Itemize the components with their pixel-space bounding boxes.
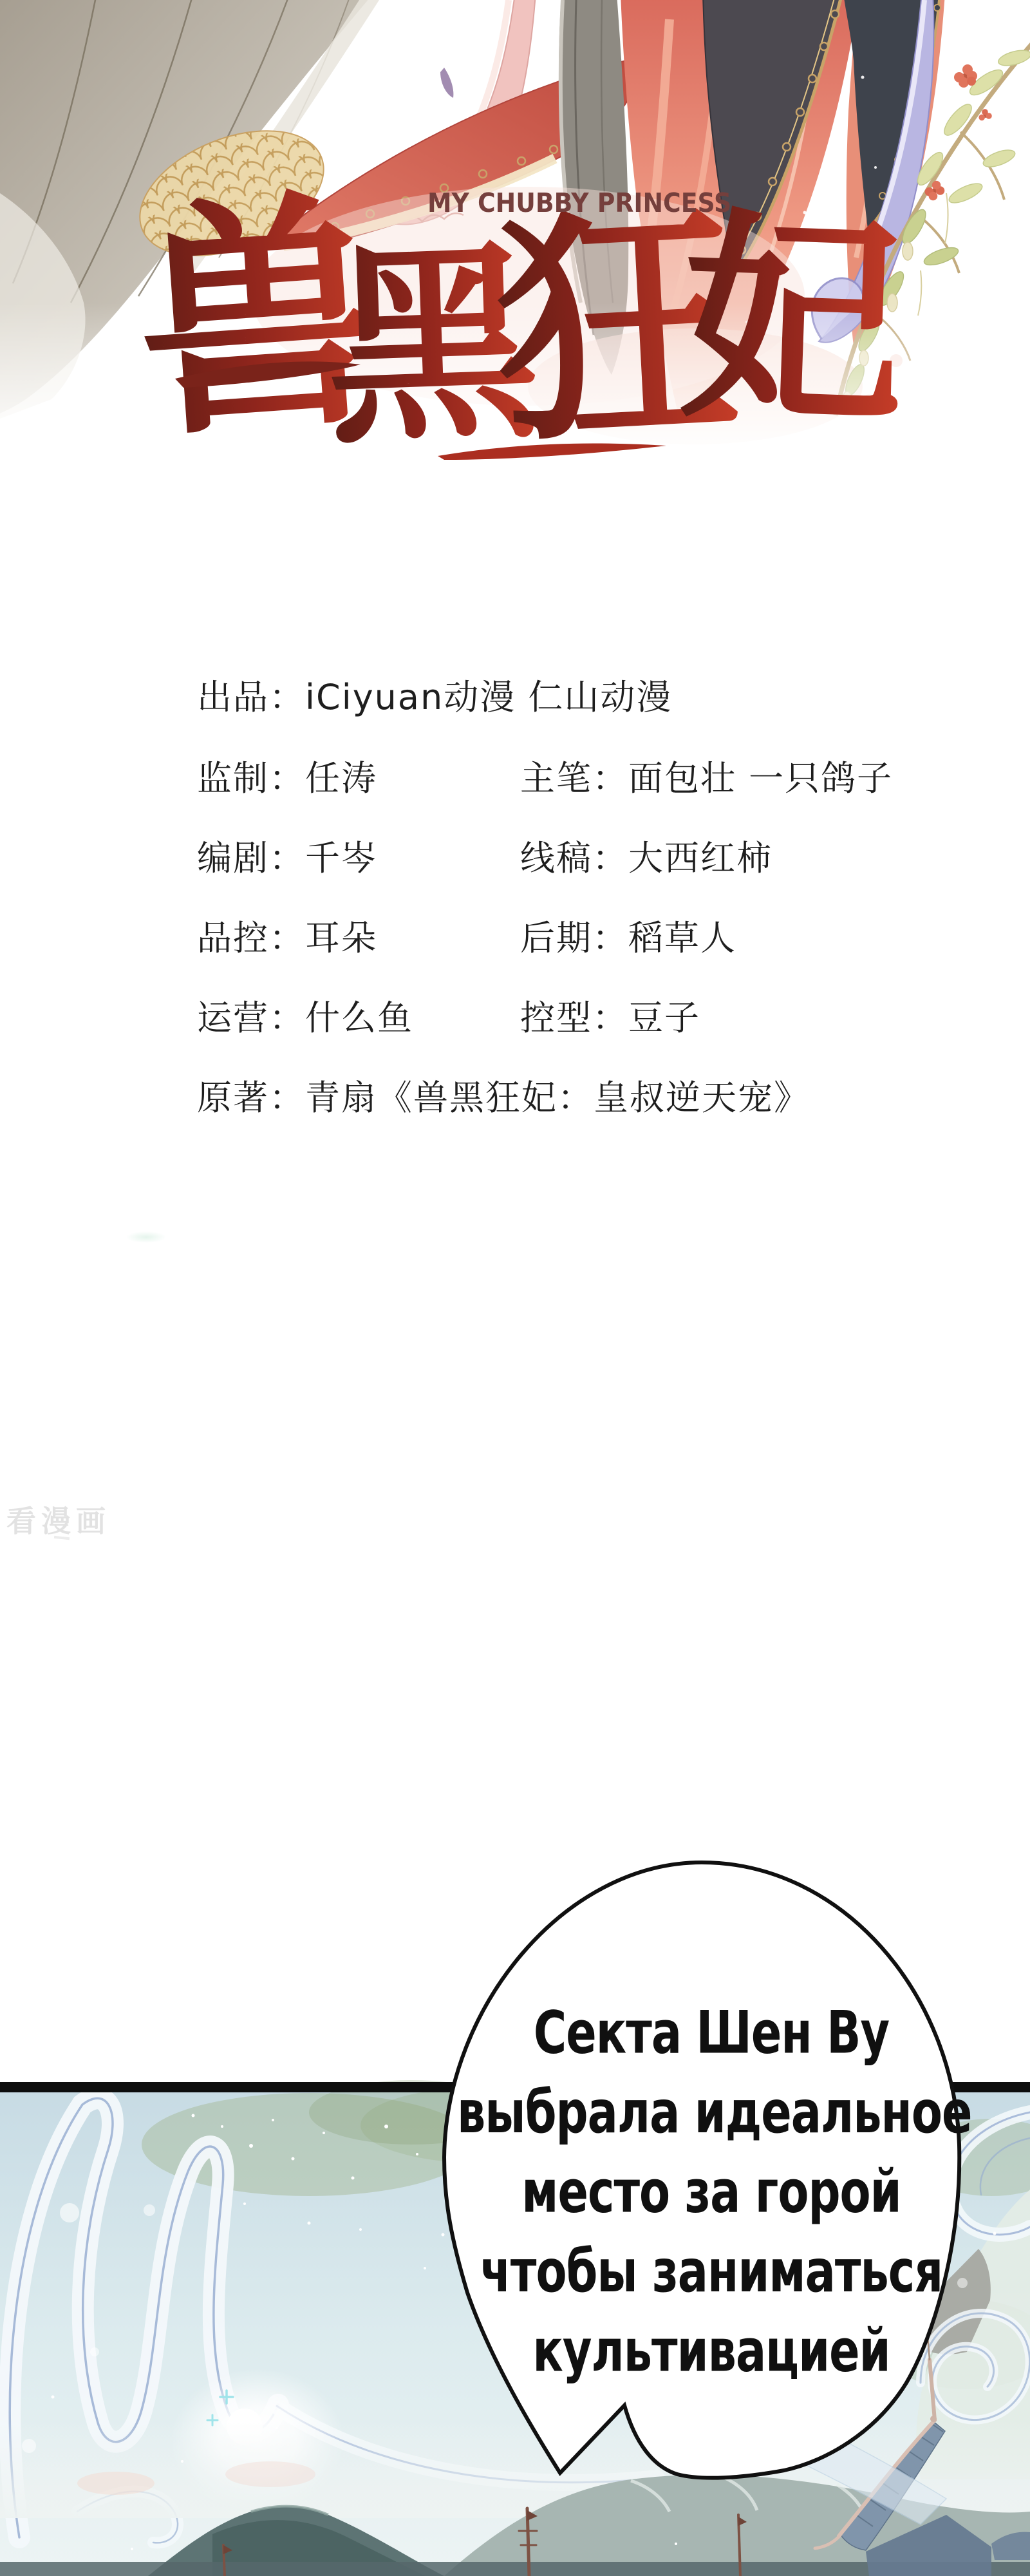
- bubble-line: культивацией: [457, 2311, 966, 2391]
- credit-postprod: 后期：稻草人: [520, 911, 736, 960]
- credit-modeling: 控型：豆子: [520, 990, 700, 1040]
- credit-row-producer: 出品：iCiyuan动漫 仁山动漫: [0, 670, 1030, 708]
- site-watermark: 看漫画: [6, 1498, 111, 1540]
- credit-writer: 编剧：千岑: [197, 831, 377, 880]
- credit-row-qc: 品控：耳朵 后期：稻草人: [0, 911, 1030, 949]
- credit-qc: 品控：耳朵: [197, 911, 377, 960]
- credit-lead-artist: 主笔：面包壮 一只鸽子: [520, 751, 893, 800]
- faint-smudge: [126, 1231, 166, 1243]
- credit-lineart: 线稿：大西红柿: [520, 831, 772, 880]
- credits-block: 出品：iCiyuan动漫 仁山动漫 监制：任涛 主笔：面包壮 一只鸽子 编剧：千…: [0, 0, 1030, 1159]
- credit-row-operations: 运营：什么鱼 控型：豆子: [0, 990, 1030, 1029]
- credit-row-supervisor: 监制：任涛 主笔：面包壮 一只鸽子: [0, 751, 1030, 790]
- credit-row-writer: 编剧：千岑 线稿：大西红柿: [0, 831, 1030, 869]
- bubble-line: место за горой: [457, 2152, 966, 2232]
- credit-supervisor: 监制：任涛: [197, 751, 377, 800]
- credit-original-work: 原著：青扇《兽黑狂妃：皇叔逆天宠》: [197, 1070, 810, 1120]
- comic-page: 兽 黑 狂 妃 MY CHUBBY PRINCESS 出品：iCiyuan动漫 …: [0, 0, 1030, 2576]
- bubble-line: Секта Шен Ву: [457, 1993, 966, 2073]
- bubble-line: выбрала идеальное: [457, 2073, 966, 2153]
- credit-row-original: 原著：青扇《兽黑狂妃：皇叔逆天宠》: [0, 1070, 1030, 1109]
- credit-producer: 出品：iCiyuan动漫 仁山动漫: [197, 670, 672, 719]
- credit-operations: 运营：什么鱼: [197, 990, 413, 1040]
- bubble-line: чтобы заниматься: [457, 2232, 966, 2312]
- speech-bubble-text: Секта Шен Ву выбрала идеальное место за …: [457, 1993, 966, 2391]
